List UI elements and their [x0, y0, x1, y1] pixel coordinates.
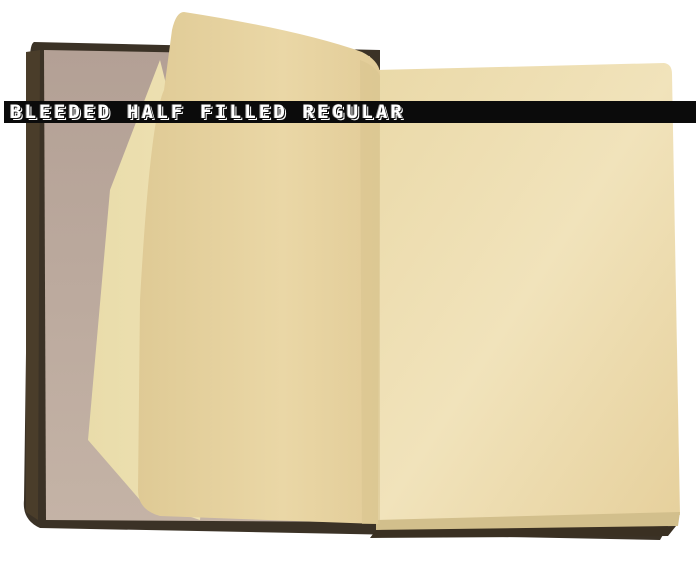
book-illustration [0, 0, 700, 563]
font-name-banner: Bleeded Half Filled Regular [4, 101, 696, 123]
right-page [376, 63, 680, 524]
left-curling-page [138, 12, 380, 524]
banner-text: Bleeded Half Filled Regular [10, 101, 405, 123]
open-book-graphic [0, 0, 700, 563]
